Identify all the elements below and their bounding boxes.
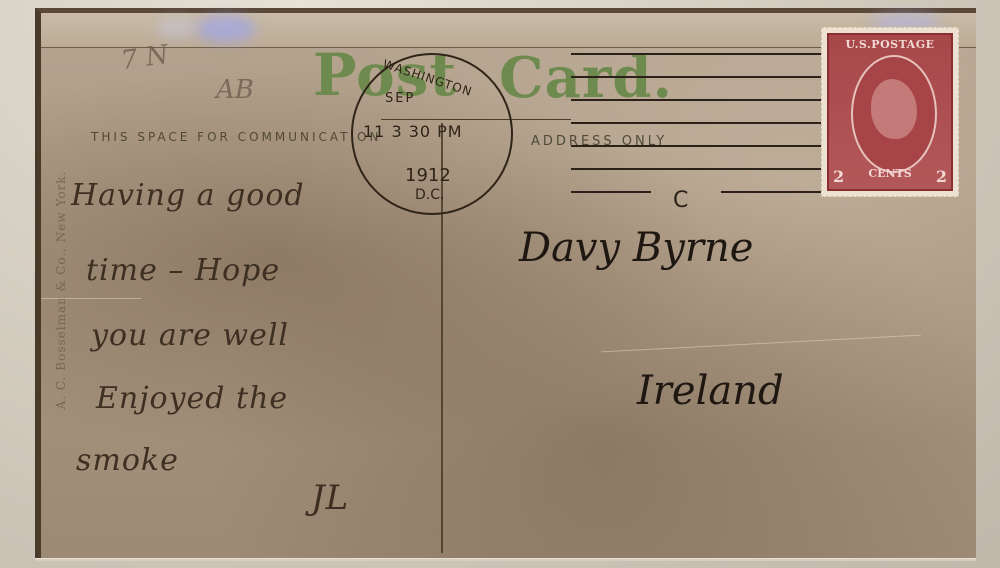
paper-crease: [601, 335, 921, 353]
message-line: time – Hope: [86, 253, 280, 288]
pencil-mark: AB: [216, 75, 254, 105]
light-glare: [156, 17, 196, 39]
communication-label: THIS SPACE FOR COMMUNICATION: [91, 130, 381, 144]
recipient-name: Davy Byrne: [519, 225, 753, 271]
stamp-denomination: 2 CENTS 2: [829, 167, 951, 186]
cancellation-lines: [571, 49, 821, 199]
message-line: you are well: [91, 318, 289, 353]
paper-tear: [41, 298, 141, 299]
recipient-country: Ireland: [637, 368, 784, 414]
postage-stamp: U.S.POSTAGE 2 CENTS 2: [821, 27, 959, 197]
message-line: smoke: [76, 443, 179, 478]
postmark-state: D.C.: [415, 187, 444, 203]
postcard: 7 N AB Post Card. THIS SPACE FOR COMMUNI…: [35, 8, 976, 558]
postmark: WASHINGTON SEP 11 3 30 PM 1912 D.C.: [351, 53, 513, 215]
cancellation-letter: C: [673, 188, 688, 213]
pencil-mark: 7 N: [119, 40, 170, 76]
publisher-imprint: A. C. Bosselman & Co., New York.: [54, 140, 68, 440]
message-line: Enjoyed the: [96, 381, 288, 416]
stamp-portrait-oval: [851, 55, 937, 173]
postmark-year: 1912: [405, 165, 451, 186]
stamp-top-text: U.S.POSTAGE: [829, 38, 951, 51]
message-line: Having a good: [71, 178, 305, 213]
postmark-time: 11 3 30 PM: [363, 122, 463, 141]
washington-portrait-icon: [871, 79, 917, 139]
light-glare: [196, 15, 256, 43]
postmark-month: SEP: [385, 91, 415, 106]
signature: JL: [311, 478, 349, 518]
